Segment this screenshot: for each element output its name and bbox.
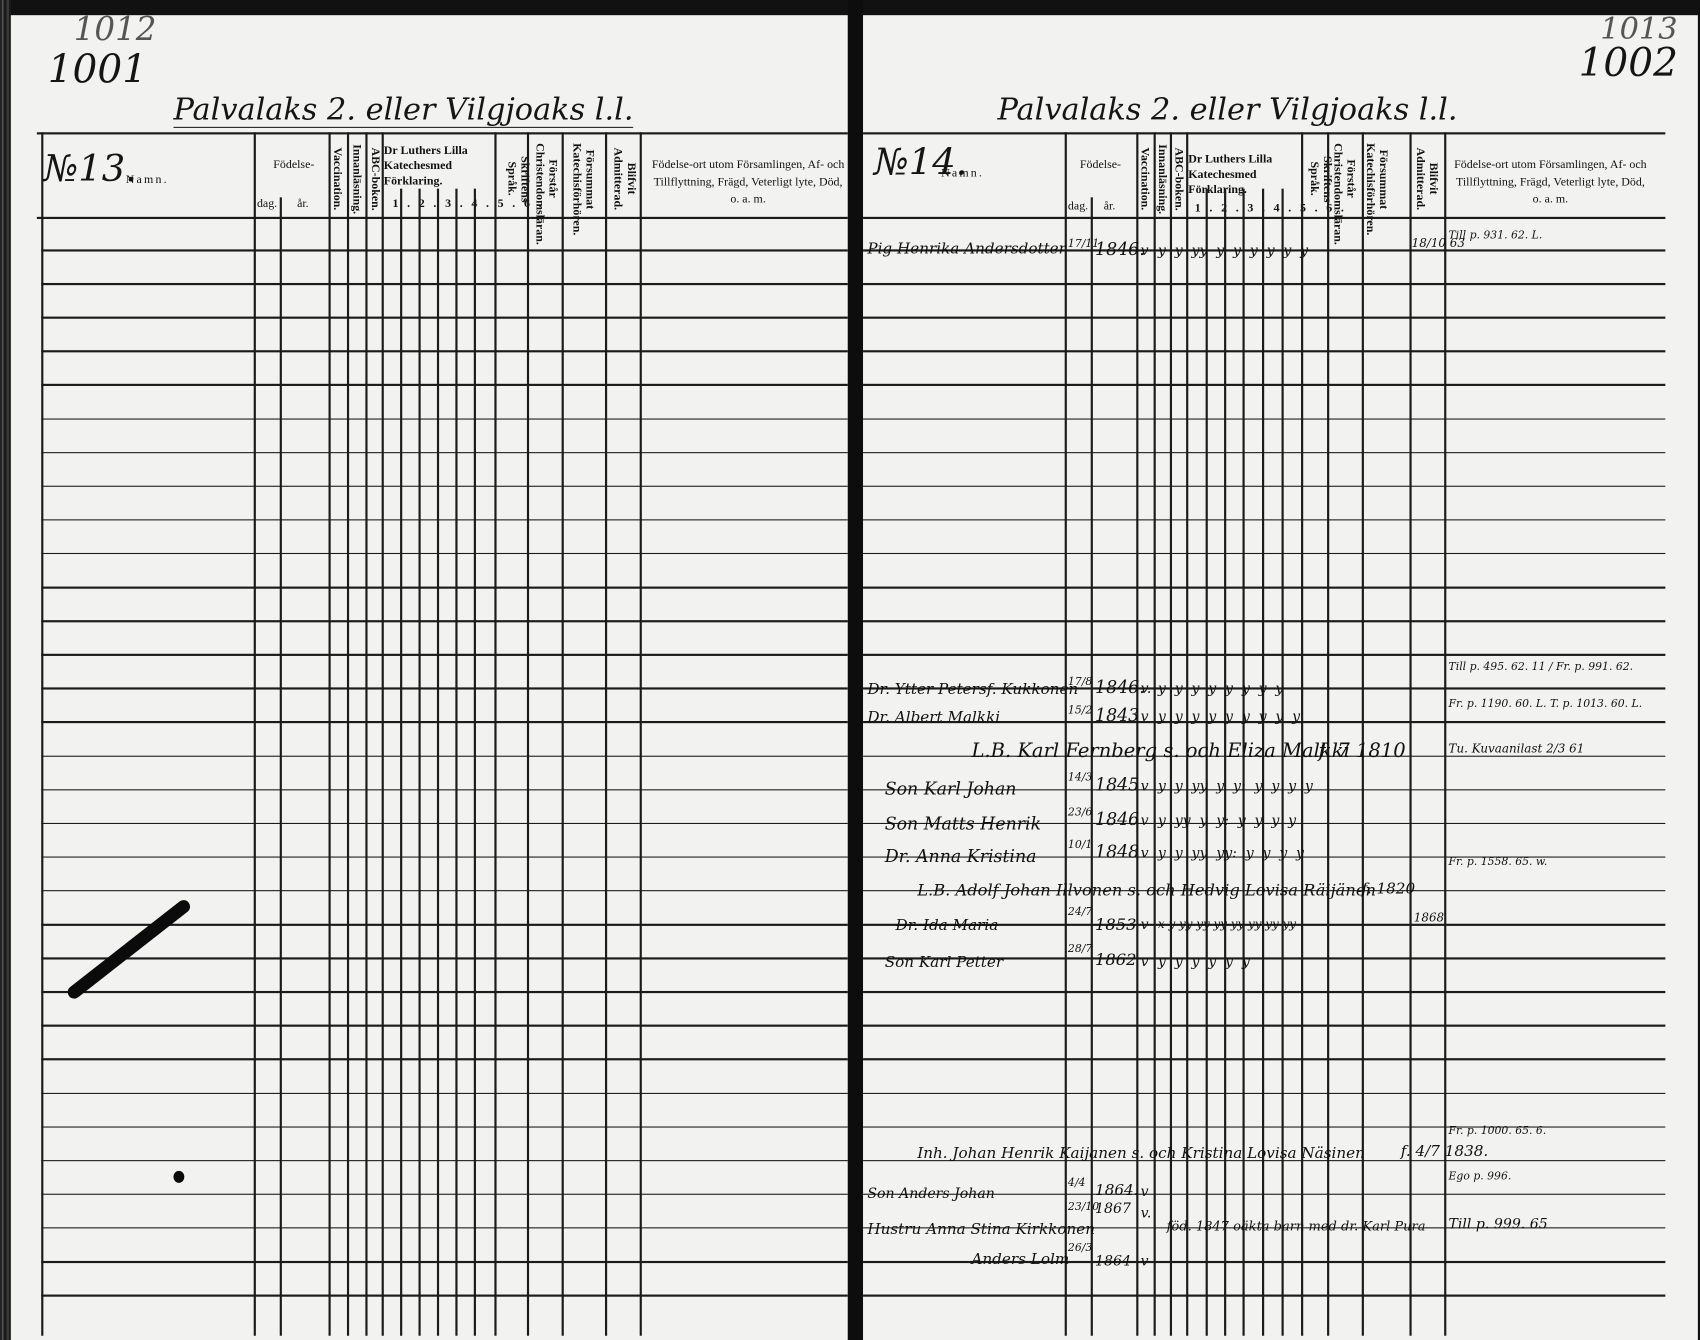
column-header-birth-year: år.	[297, 197, 309, 210]
entry-vaccination: v	[1141, 813, 1149, 829]
entry-vaccination: v	[1141, 1253, 1149, 1269]
row-rule	[41, 1092, 848, 1094]
table-top-rule	[37, 132, 848, 134]
entry-name: Hustru Anna Stina Kirkkonen	[867, 1221, 1095, 1238]
row-rule	[41, 654, 848, 656]
entry-birth-year: f. 1820	[1362, 880, 1415, 897]
entry-name: Anders Lolm	[971, 1251, 1069, 1268]
page-heading: Palvalaks 2. eller Vilgjoaks l.l.	[173, 91, 633, 128]
row-rule	[41, 249, 848, 251]
row-rule	[41, 1025, 848, 1027]
row-rule	[863, 351, 1665, 353]
column-header-abc: ABC-boken.	[369, 143, 382, 215]
ink-spot	[173, 1171, 184, 1183]
entry-birth-year: 1864	[1095, 1253, 1131, 1269]
column-header-remarks: Födelse-ort utom Församlingen, Af- och T…	[1453, 156, 1648, 208]
column-rule	[640, 132, 642, 1335]
entry-vaccination: v	[1141, 243, 1149, 259]
column-header-understanding: Förstår Christendomsläran.	[531, 143, 559, 215]
entry-birth-day: 23/6	[1068, 807, 1092, 819]
entry-vaccination: v	[1141, 778, 1149, 794]
entry-birth-day: 14/3	[1068, 772, 1092, 784]
row-rule	[863, 1025, 1665, 1027]
row-rule	[863, 553, 1665, 555]
row-rule	[863, 452, 1665, 454]
entry-knowledge-marks: y y yy yy: y y y y	[1158, 846, 1304, 862]
row-rule	[41, 620, 848, 622]
entry-birth-year: 1845	[1095, 774, 1139, 795]
column-rule	[419, 189, 421, 1336]
column-rule	[280, 197, 282, 1335]
entry-birth-year: 1846.	[1095, 677, 1145, 698]
row-rule	[41, 351, 848, 353]
row-rule	[41, 1227, 848, 1229]
row-rule	[41, 418, 848, 420]
column-rule	[347, 132, 349, 1335]
entry-birth-year: f. 7 1810	[1318, 739, 1405, 762]
row-rule	[863, 587, 1665, 589]
page-edge	[0, 0, 11, 1340]
entry-knowledge-marks: y y yy y y y y y y	[1158, 243, 1308, 259]
column-header-missed: Försummat Katechisförhören.	[1362, 143, 1390, 215]
row-rule	[41, 823, 848, 825]
entry-vaccination: v	[1141, 846, 1149, 862]
column-rule	[605, 132, 607, 1335]
column-rule	[527, 132, 529, 1335]
entry-birth-day: 26/3	[1068, 1242, 1092, 1254]
entry-knowledge-marks: föd. 1847 oäkta barn med dr. Karl Pura	[1167, 1219, 1426, 1234]
header-bottom-rule	[37, 217, 848, 219]
column-header-missed: Försummat Katechisförhören.	[568, 143, 596, 215]
column-header-birth-day: dag.	[1068, 199, 1088, 212]
entry-birth-year: 1862	[1095, 950, 1136, 970]
row-rule	[41, 317, 848, 319]
row-rule	[863, 991, 1665, 993]
column-rule	[365, 132, 367, 1335]
entry-birth-year: 1848	[1095, 841, 1139, 862]
row-rule	[41, 755, 848, 757]
column-rule	[41, 132, 43, 1335]
row-rule	[41, 991, 848, 993]
row-rule	[863, 620, 1665, 622]
row-rule	[41, 283, 848, 285]
entry-knowledge-marks: y y y y y y	[1158, 954, 1250, 970]
book-spine	[848, 0, 863, 1340]
entry-remarks: Till p. 999. 65	[1448, 1216, 1547, 1232]
column-header-vaccination: Vaccination.	[331, 143, 344, 215]
column-header-remarks: Födelse-ort utom Församlingen, Af- och T…	[651, 156, 846, 208]
entry-name: Son Karl Petter	[885, 954, 1003, 971]
row-rule	[41, 452, 848, 454]
entry-birth-year: 1867	[1095, 1201, 1131, 1217]
entry-remarks: Tu. Kuvaanilast 2/3 61	[1448, 742, 1584, 756]
column-header-abc: ABC-boken.	[1172, 143, 1185, 215]
entry-vaccination: v	[1141, 917, 1149, 933]
row-rule	[863, 384, 1665, 386]
entry-birth-day: 24/7	[1068, 906, 1092, 918]
table-top-rule	[863, 132, 1665, 134]
entry-remarks: Till p. 495. 62. 11 / Fr. p. 991. 62.	[1448, 661, 1633, 673]
entry-birth-day: 28/7	[1068, 943, 1092, 955]
entry-birth-day: 15/2	[1068, 705, 1092, 717]
scanned-ledger-spread: 1012 1001 Palvalaks 2. eller Vilgjoaks l…	[0, 0, 1700, 1340]
entry-knowledge-marks: y yy y y: y y y y	[1158, 813, 1296, 829]
column-rule	[474, 189, 476, 1336]
column-header-birth: Födelse-	[256, 158, 332, 171]
row-rule	[41, 519, 848, 521]
entry-remarks: Ego p. 996.	[1448, 1171, 1511, 1183]
entry-name: Dr. Albert Malkki	[867, 709, 1000, 726]
page-number: 1001	[48, 48, 147, 92]
page-number: 1002	[1579, 41, 1678, 85]
entry-name: L.B. Adolf Johan Illvonen s. och Hedvig …	[917, 880, 1376, 900]
row-rule	[863, 1092, 1665, 1094]
column-header-catechism: Dr Luthers Lilla Katechesmed Förklaring.	[384, 143, 497, 189]
entry-remarks: Fr. p. 1190. 60. L. T. p. 1013. 60. L.	[1448, 698, 1642, 710]
row-rule	[41, 1126, 848, 1128]
row-rule	[863, 1059, 1665, 1061]
entry-vaccination: v	[1141, 954, 1149, 970]
entry-name: Inh. Johan Henrik Kaijanen s. och Kristi…	[917, 1145, 1365, 1162]
page-heading: Palvalaks 2. eller Vilgjoaks l.l.	[997, 91, 1457, 127]
entry-birth-day: 4/4	[1068, 1177, 1085, 1189]
entry-birth-year: 1843	[1095, 705, 1139, 726]
row-rule	[41, 1160, 848, 1162]
row-rule	[41, 553, 848, 555]
column-header-understanding: Förstår Christendomsläran.	[1329, 143, 1357, 215]
column-header-birth: Födelse-	[1065, 158, 1137, 171]
column-rule	[494, 132, 496, 1335]
entry-name: Pig Henrika Andersdotter	[867, 241, 1066, 258]
column-header-vaccination: Vaccination.	[1138, 143, 1151, 215]
row-rule	[863, 519, 1665, 521]
column-header-reading: Innanläsning.	[1156, 143, 1169, 215]
row-rule	[863, 418, 1665, 420]
row-rule	[41, 384, 848, 386]
entry-knowledge-marks: x y yy yy yy yy yy yy yy	[1158, 917, 1296, 931]
column-rule	[437, 189, 439, 1336]
column-header-reading: Innanläsning.	[350, 143, 363, 215]
column-header-name: Namn.	[126, 173, 169, 186]
header-bottom-rule	[863, 217, 1665, 219]
row-rule	[863, 317, 1665, 319]
entry-birth-year: 1853	[1095, 915, 1136, 935]
entry-knowledge-marks: y y y y y y y y y	[1158, 709, 1300, 725]
row-rule	[863, 654, 1665, 656]
column-rule	[329, 132, 331, 1335]
column-rule	[254, 132, 256, 1335]
entry-knowledge-marks: y y yy y y: y y y y	[1158, 778, 1313, 794]
row-rule	[863, 283, 1665, 285]
row-rule	[41, 721, 848, 723]
column-header-birth-day: dag.	[257, 197, 277, 210]
column-header-birth-year: år.	[1104, 199, 1116, 212]
entry-knowledge-marks: y y y y y y y y	[1158, 681, 1283, 697]
column-rule	[455, 189, 457, 1336]
row-rule	[863, 1295, 1665, 1297]
entry-remarks: Fr. p. 1558. 65. w.	[1448, 857, 1547, 869]
row-rule	[41, 587, 848, 589]
entry-name: L.B. Karl Fernberg s. och Eliza Malkki	[971, 739, 1349, 762]
entry-vaccination: v	[1141, 709, 1149, 725]
entry-birth-day: 10/1	[1068, 839, 1092, 851]
ink-blot	[65, 898, 193, 1002]
row-rule	[41, 1059, 848, 1061]
entry-birth-year: 1864.	[1095, 1182, 1138, 1199]
row-rule	[41, 856, 848, 858]
entry-name: Son Karl Johan	[885, 778, 1017, 799]
entry-vaccination: v	[1141, 1184, 1149, 1200]
entry-name: Son Matts Henrik	[885, 813, 1041, 834]
entry-remarks: Till p. 931. 62. L.	[1448, 230, 1542, 242]
entry-vaccination: v.	[1141, 1206, 1152, 1222]
household-number: №13.	[43, 147, 137, 190]
right-page: 1013 1002 Palvalaks 2. eller Vilgjoaks l…	[863, 15, 1698, 1340]
column-rule	[1091, 197, 1093, 1335]
column-rule	[562, 132, 564, 1335]
entry-name: Son Anders Johan	[867, 1186, 994, 1202]
row-rule	[41, 485, 848, 487]
entry-birth-day: 17/8	[1068, 677, 1092, 689]
row-rule	[41, 789, 848, 791]
entry-name: Dr. Ytter Petersf. Kukkonen	[867, 681, 1078, 698]
old-page-number: 1012	[74, 15, 157, 49]
row-rule	[41, 957, 848, 959]
row-rule	[41, 1295, 848, 1297]
entry-name-struck: Dr. Ida Maria	[896, 917, 999, 934]
row-rule	[41, 688, 848, 690]
entry-vaccination: v.	[1141, 681, 1152, 697]
row-rule	[41, 1261, 848, 1263]
column-rule	[400, 189, 402, 1336]
column-header-admitted: Blifvit Admitterad.	[1412, 143, 1440, 215]
entry-birth-year: 1846.	[1095, 239, 1145, 260]
row-rule	[863, 485, 1665, 487]
column-header-name: Namn.	[941, 167, 984, 180]
row-rule	[41, 890, 848, 892]
entry-birth-year: 1846	[1095, 809, 1139, 830]
entry-name: Dr. Anna Kristina	[885, 846, 1037, 867]
entry-admitted: 1868	[1414, 911, 1444, 925]
entry-remarks: Fr. p. 1000. 65. 6.	[1448, 1125, 1546, 1137]
left-page: 1012 1001 Palvalaks 2. eller Vilgjoaks l…	[11, 15, 848, 1340]
column-rule	[382, 132, 384, 1335]
entry-birth-year: f. 4/7 1838.	[1401, 1143, 1488, 1160]
row-rule	[41, 1193, 848, 1195]
column-header-admitted: Blifvit Admitterad.	[609, 143, 637, 215]
